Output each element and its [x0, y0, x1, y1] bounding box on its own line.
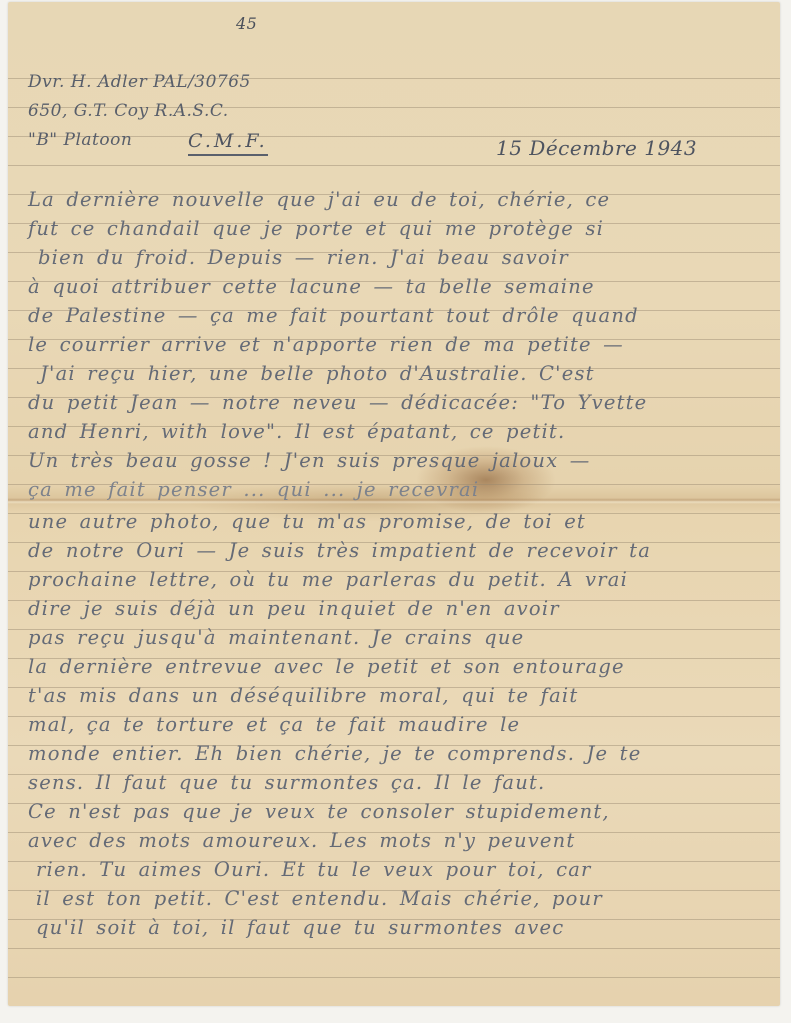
page-number: 45 [236, 14, 257, 33]
body-line: prochaine lettre, où tu me parleras du p… [28, 568, 628, 591]
body-line: de notre Ouri — Je suis très impatient d… [28, 539, 651, 562]
sender-address-line: 650, G.T. Coy R.A.S.C. [28, 101, 229, 121]
body-line: dire je suis déjà un peu inquiet de n'en… [28, 597, 560, 620]
body-line: fut ce chandail que je porte et qui me p… [28, 217, 604, 240]
body-line: Un très beau gosse ! J'en suis presque j… [28, 449, 590, 472]
body-line: bien du froid. Depuis — rien. J'ai beau … [38, 246, 569, 269]
body-line: il est ton petit. C'est entendu. Mais ch… [36, 887, 603, 910]
letter-date: 15 Décembre 1943 [496, 136, 697, 160]
body-line: de Palestine — ça me fait pourtant tout … [28, 304, 639, 327]
body-line: J'ai reçu hier, une belle photo d'Austra… [40, 362, 595, 385]
body-line: Ce n'est pas que je veux te consoler stu… [28, 800, 610, 823]
body-line: rien. Tu aimes Ouri. Et tu le veux pour … [36, 858, 592, 881]
body-line: and Henri, with love". Il est épatant, c… [28, 420, 565, 443]
sender-address-line: Dvr. H. Adler PAL/30765 [28, 72, 251, 92]
body-line: une autre photo, que tu m'as promise, de… [28, 510, 586, 533]
body-line: mal, ça te torture et ça te fait maudire… [28, 713, 520, 736]
body-line: qu'il soit à toi, il faut que tu surmont… [36, 916, 564, 939]
scanned-letter: 45 Dvr. H. Adler PAL/30765 650, G.T. Coy… [0, 0, 791, 1023]
body-line: sens. Il faut que tu surmontes ça. Il le… [28, 771, 545, 794]
body-line: le courrier arrive et n'apporte rien de … [28, 333, 624, 356]
body-line: à quoi attribuer cette lacune — ta belle… [28, 275, 595, 298]
body-line: du petit Jean — notre neveu — dédicacée:… [28, 391, 647, 414]
sender-region: C.M.F. [188, 130, 268, 156]
body-line: ça me fait penser ... qui ... je recevra… [28, 478, 479, 501]
body-line: la dernière entrevue avec le petit et so… [28, 655, 625, 678]
body-line: monde entier. Eh bien chérie, je te comp… [28, 742, 641, 765]
body-line: t'as mis dans un déséquilibre moral, qui… [28, 684, 578, 707]
body-line: La dernière nouvelle que j'ai eu de toi,… [28, 188, 610, 211]
sender-address-line: "B" Platoon [28, 130, 132, 150]
letter-page: 45 Dvr. H. Adler PAL/30765 650, G.T. Coy… [8, 2, 780, 1006]
body-line: pas reçu jusqu'à maintenant. Je crains q… [28, 626, 524, 649]
body-line: avec des mots amoureux. Les mots n'y peu… [28, 829, 575, 852]
